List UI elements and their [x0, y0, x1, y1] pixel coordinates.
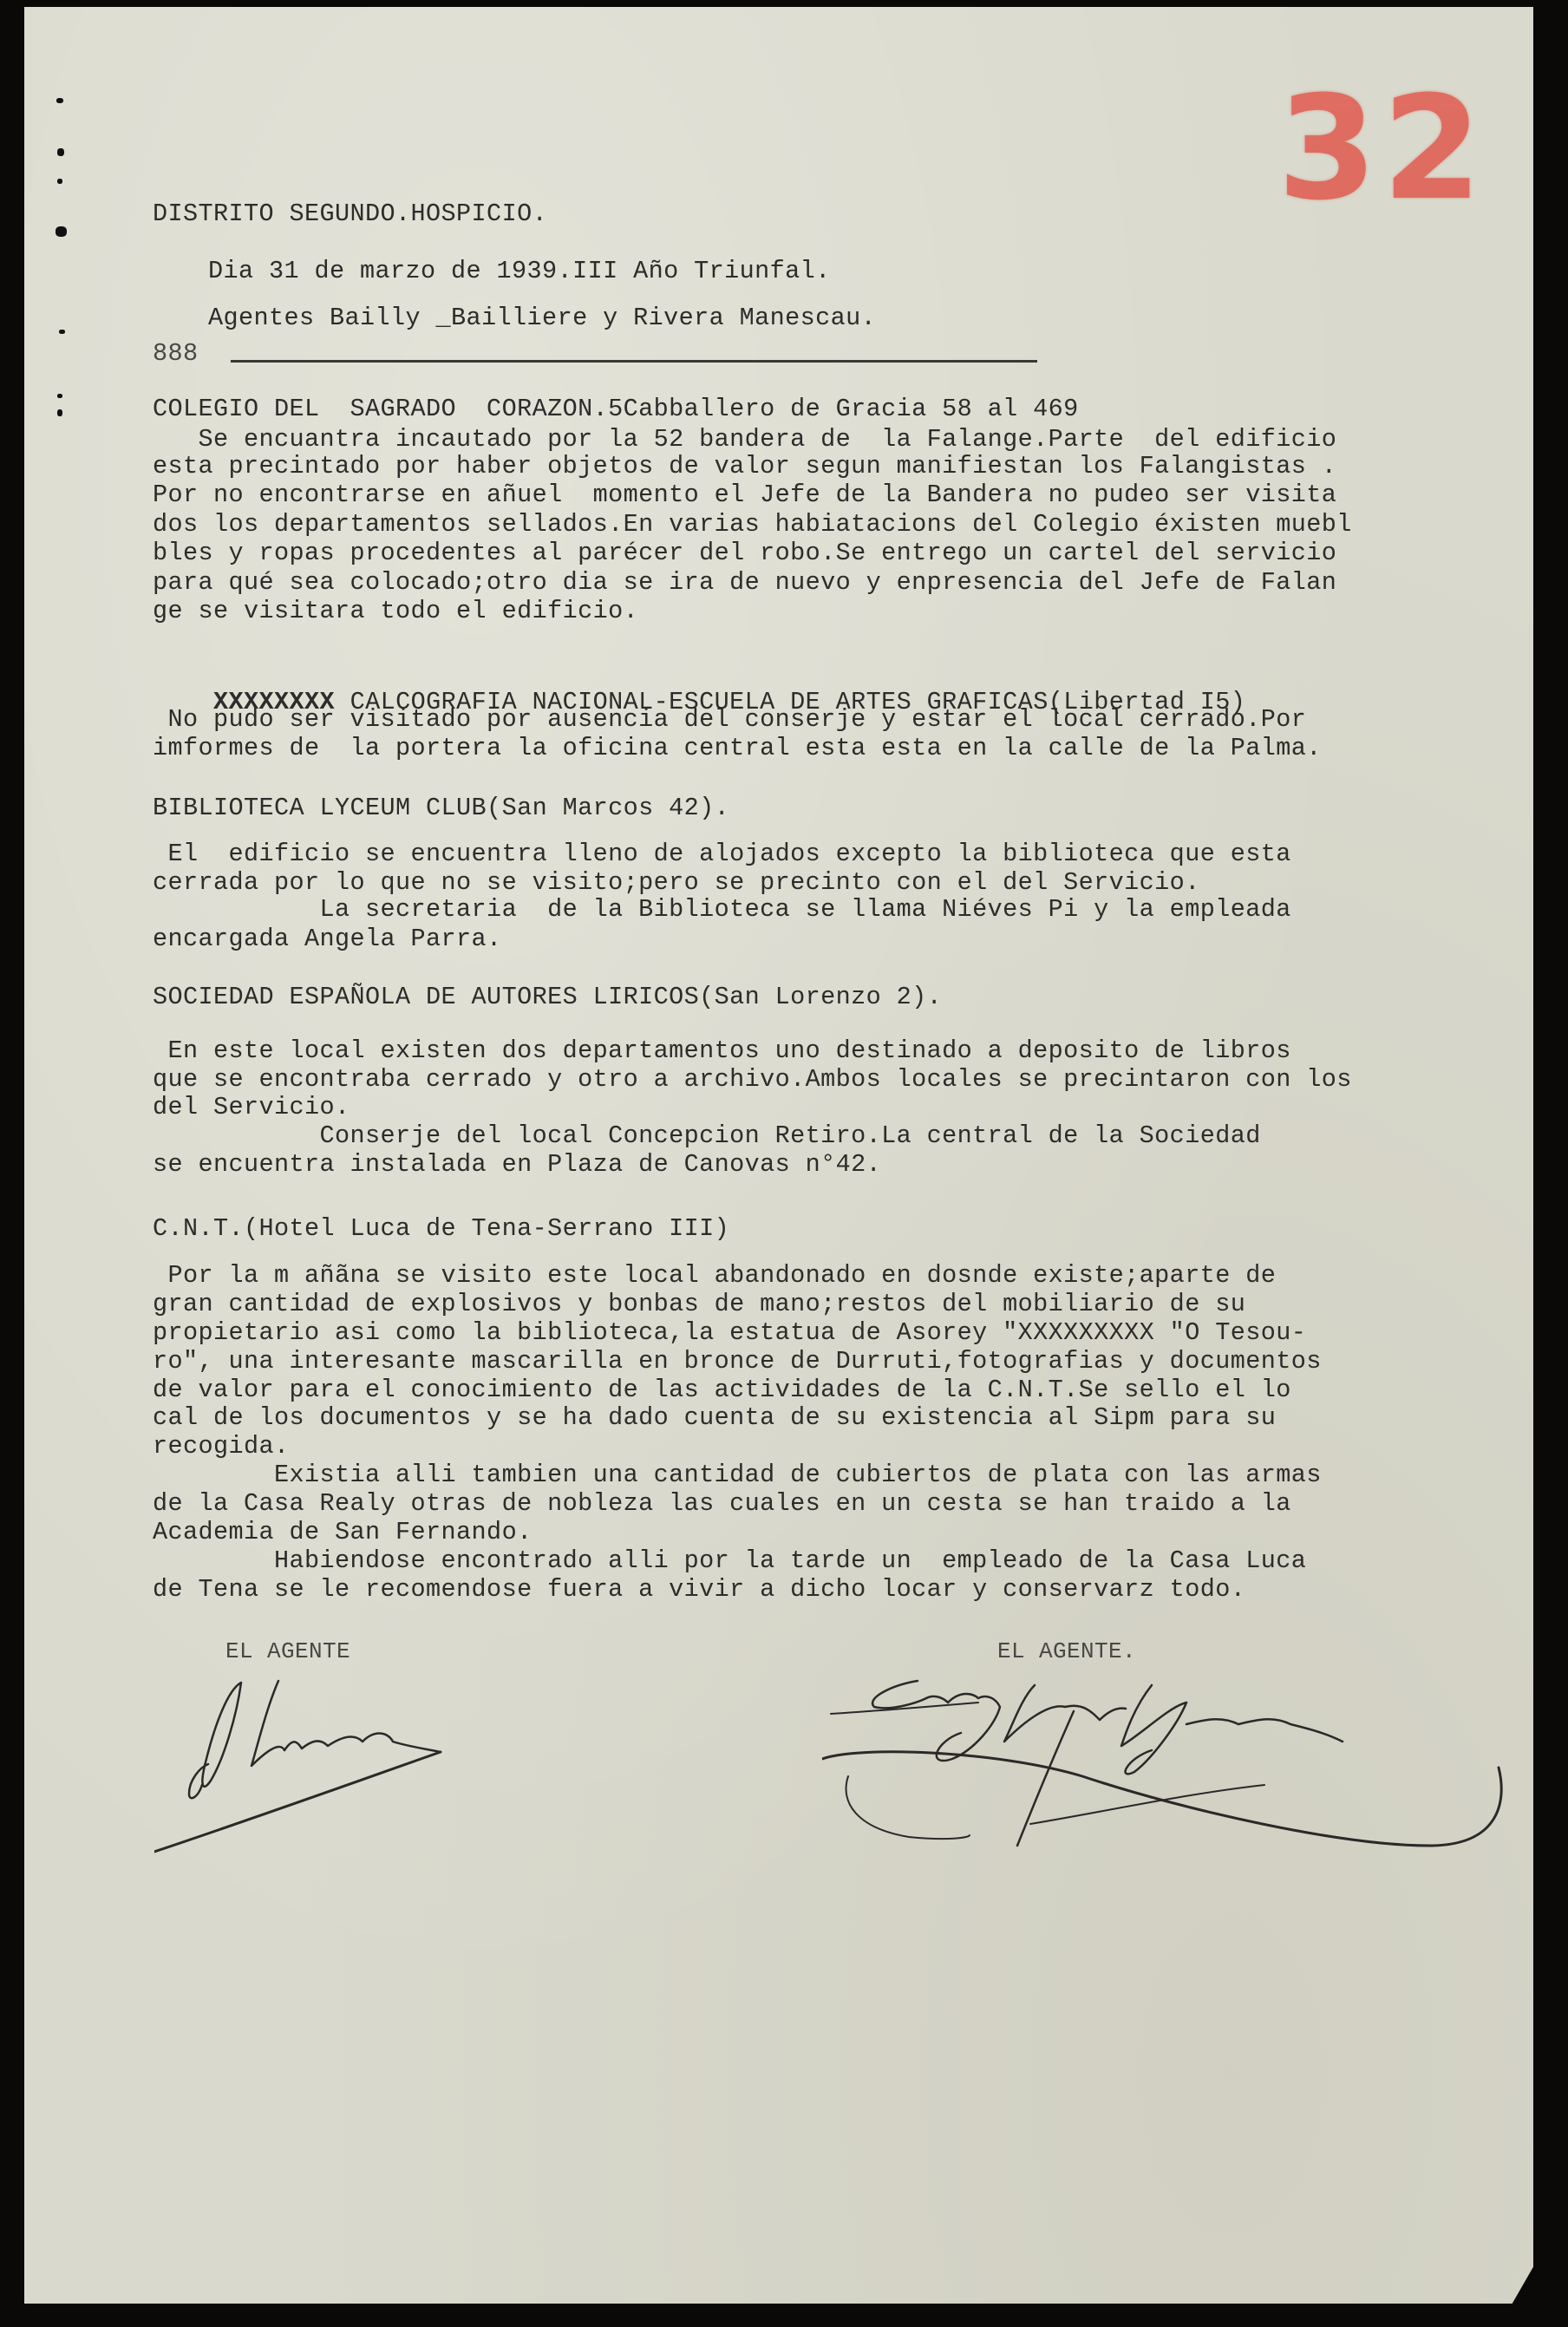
- section-line: gran cantidad de explosivos y bonbas de …: [153, 1290, 1245, 1318]
- section-line: No pudo ser visitado por ausencia del co…: [153, 705, 1306, 734]
- section-line: Conserje del local Concepcion Retiro.La …: [153, 1121, 1261, 1150]
- section-title: COLEGIO DEL SAGRADO CORAZON.5Cabballero …: [153, 395, 1079, 423]
- section-line: En este local existen dos departamentos …: [153, 1036, 1291, 1065]
- section-line: Habiendose encontrado alli por la tarde …: [153, 1546, 1306, 1575]
- section-line: propietario asi como la biblioteca,la es…: [153, 1318, 1306, 1347]
- section-line: del Servicio.: [153, 1093, 350, 1121]
- section-line: Academia de San Fernando.: [153, 1518, 532, 1546]
- signature-left: [154, 1672, 744, 1872]
- punch-hole: [57, 179, 62, 184]
- section-line: Se encuantra incautado por la 52 bandera…: [153, 425, 1336, 454]
- punch-hole: [56, 226, 67, 237]
- document-page: 32 DISTRITO SEGUNDO.HOSPICIO. Dia 31 de …: [24, 7, 1533, 2304]
- section-line: La secretaria de la Biblioteca se llama …: [153, 895, 1291, 924]
- section-line: de valor para el conocimiento de las act…: [153, 1376, 1291, 1404]
- section-line: ge se visitara todo el edificio.: [153, 597, 638, 625]
- signature-right: [822, 1672, 1533, 1898]
- agents-line: Agentes Bailly _Bailliere y Rivera Manes…: [208, 304, 876, 332]
- section-line: bles y ropas procedentes al parécer del …: [153, 539, 1336, 567]
- punch-hole: [57, 394, 62, 398]
- section-line: para qué sea colocado;otro dia se ira de…: [153, 568, 1336, 597]
- section-line: Por la m añãna se visito este local aban…: [153, 1261, 1276, 1290]
- punch-hole: [56, 98, 63, 103]
- section-title: SOCIEDAD ESPAÑOLA DE AUTORES LIRICOS(San…: [153, 983, 942, 1011]
- section-title: C.N.T.(Hotel Luca de Tena-Serrano III): [153, 1214, 729, 1243]
- section-line: dos los departamentos sellados.En varias…: [153, 510, 1352, 539]
- section-line: ro", una interesante mascarilla en bronc…: [153, 1347, 1322, 1376]
- section-line: imformes de la portera la oficina centra…: [153, 734, 1322, 762]
- punch-hole: [57, 409, 62, 416]
- section-line: que se encontraba cerrado y otro a archi…: [153, 1065, 1352, 1094]
- section-line: de la Casa Realy otras de nobleza las cu…: [153, 1489, 1291, 1518]
- signature-label-left: EL AGENTE: [225, 1637, 350, 1666]
- district-heading: DISTRITO SEGUNDO.HOSPICIO.: [153, 199, 547, 228]
- date-line: Dia 31 de marzo de 1939.III Año Triunfal…: [208, 257, 831, 285]
- punch-hole: [59, 330, 65, 334]
- section-line: cal de los documentos y se ha dado cuent…: [153, 1403, 1276, 1432]
- section-title: BIBLIOTECA LYCEUM CLUB(San Marcos 42).: [153, 794, 729, 822]
- section-line: recogida.: [153, 1432, 290, 1461]
- punch-hole: [57, 148, 64, 156]
- section-line: Existia alli tambien una cantidad de cub…: [153, 1461, 1322, 1489]
- section-line: de Tena se le recomendose fuera a vivir …: [153, 1575, 1245, 1604]
- section-line: El edificio se encuentra lleno de alojad…: [153, 840, 1291, 868]
- header-divider: [231, 360, 1037, 363]
- signature-label-right: EL AGENTE.: [997, 1637, 1136, 1666]
- reference-number: 888: [153, 339, 199, 368]
- section-line: se encuentra instalada en Plaza de Canov…: [153, 1150, 881, 1179]
- folio-number: 32: [1277, 83, 1503, 213]
- section-line: Por no encontrarse en añuel momento el J…: [153, 480, 1336, 509]
- section-line: encargada Angela Parra.: [153, 925, 502, 953]
- section-line: esta precintado por haber objetos de val…: [153, 452, 1336, 480]
- section-line: cerrada por lo que no se visito;pero se …: [153, 868, 1200, 897]
